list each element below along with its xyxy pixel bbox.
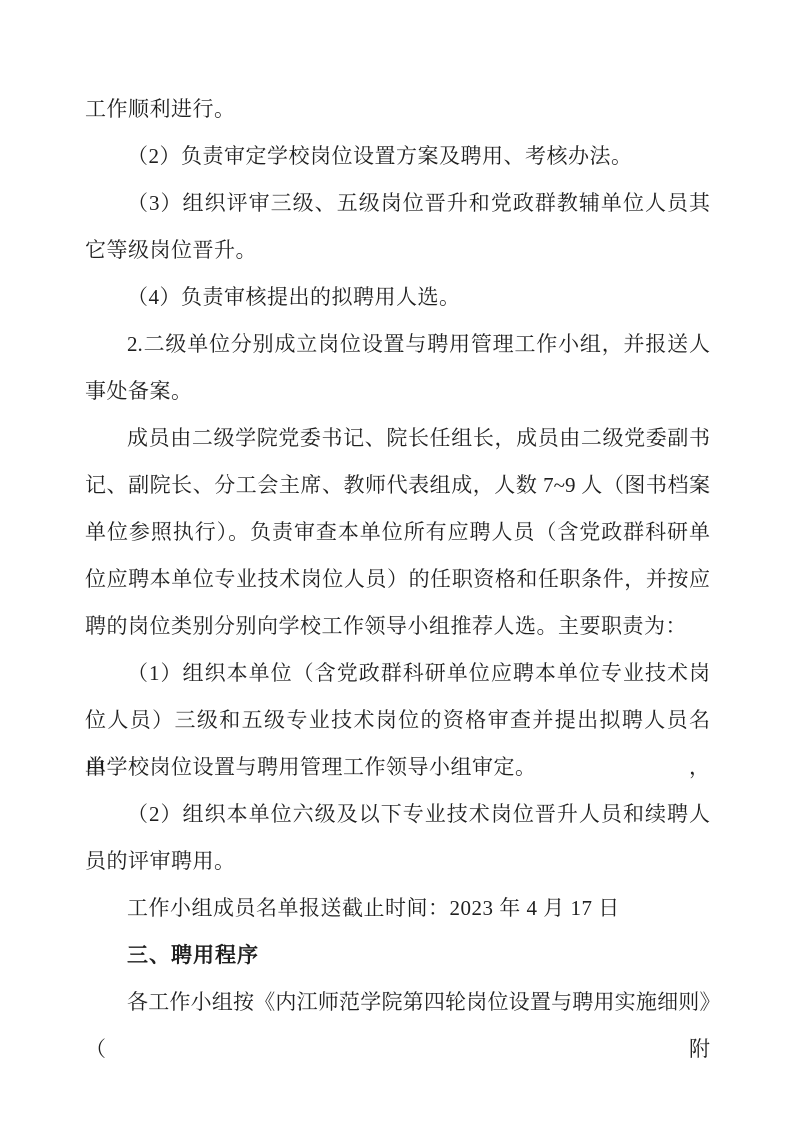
document-page: 工作顺利进行。（2）负责审定学校岗位设置方案及聘用、考核办法。（3）组织评审三级… bbox=[0, 0, 794, 1122]
document-line: 工作顺利进行。 bbox=[85, 86, 710, 133]
document-line: 工作小组成员名单报送截止时间：2023 年 4 月 17 日 bbox=[85, 885, 710, 932]
document-line: 2.二级单位分别成立岗位设置与聘用管理工作小组，并报送人 bbox=[85, 321, 710, 368]
document-line: 记、副院长、分工会主席、教师代表组成，人数 7~9 人（图书档案 bbox=[85, 462, 710, 509]
document-line: 各工作小组按《内江师范学院第四轮岗位设置与聘用实施细则》（附 bbox=[85, 979, 710, 1026]
document-line: （4）负责审核提出的拟聘用人选。 bbox=[85, 274, 710, 321]
document-line: 员的评审聘用。 bbox=[85, 838, 710, 885]
document-line: 单位参照执行）。负责审查本单位所有应聘人员（含党政群科研单 bbox=[85, 509, 710, 556]
section-heading: 三、聘用程序 bbox=[85, 932, 710, 979]
document-line: 位人员）三级和五级专业技术岗位的资格审查并提出拟聘人员名单， bbox=[85, 697, 710, 744]
document-line: （3）组织评审三级、五级岗位晋升和党政群教辅单位人员其 bbox=[85, 180, 710, 227]
document-line: （2）负责审定学校岗位设置方案及聘用、考核办法。 bbox=[85, 133, 710, 180]
document-line: 它等级岗位晋升。 bbox=[85, 227, 710, 274]
document-line: （2）组织本单位六级及以下专业技术岗位晋升人员和续聘人 bbox=[85, 791, 710, 838]
document-line: 聘的岗位类别分别向学校工作领导小组推荐人选。主要职责为： bbox=[85, 603, 710, 650]
document-line: 成员由二级学院党委书记、院长任组长，成员由二级党委副书 bbox=[85, 415, 710, 462]
document-body: 工作顺利进行。（2）负责审定学校岗位设置方案及聘用、考核办法。（3）组织评审三级… bbox=[85, 86, 710, 1026]
document-line: 事处备案。 bbox=[85, 368, 710, 415]
document-line: （1）组织本单位（含党政群科研单位应聘本单位专业技术岗 bbox=[85, 650, 710, 697]
document-line: 位应聘本单位专业技术岗位人员）的任职资格和任职条件，并按应 bbox=[85, 556, 710, 603]
